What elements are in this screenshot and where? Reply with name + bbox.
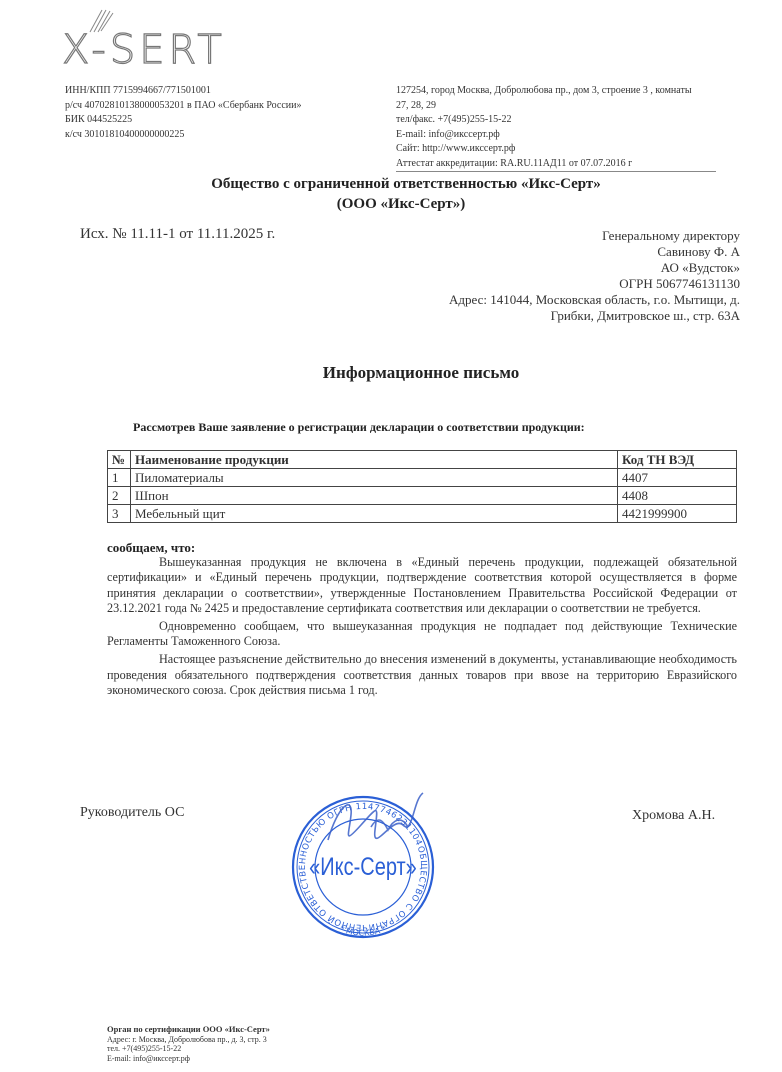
company-logo: X-SERT — [62, 8, 312, 68]
logo-text: X-SERT — [62, 30, 226, 70]
table-row: 1 Пиломатериалы 4407 — [108, 469, 737, 487]
header-divider — [396, 171, 716, 172]
body-paragraph: Одновременно сообщаем, что вышеуказанная… — [107, 619, 737, 649]
company-name: Общество с ограниченной ответственностью… — [0, 174, 782, 214]
email-line: E-mail: info@икссерт.рф — [396, 128, 726, 143]
bank-requisites: ИНН/КПП 7715994667/771501001 р/сч 407028… — [65, 84, 302, 142]
outgoing-reference: Исх. № 11.11-1 от 11.11.2025 г. — [80, 226, 275, 243]
cell-product-name: Мебельный щит — [131, 505, 618, 523]
footer-line: тел. +7(495)255-15-22 — [107, 1044, 270, 1054]
cell-code: 4408 — [618, 487, 737, 505]
body-paragraph: Вышеуказанная продукция не включена в «Е… — [107, 555, 737, 616]
addressee-line: Адрес: 141044, Московская область, г.о. … — [410, 292, 740, 308]
addressee-line: АО «Вудсток» — [410, 260, 740, 276]
accreditation-line: Аттестат аккредитации: RA.RU.11АД11 от 0… — [396, 157, 726, 172]
addressee-block: Генеральному директору Савинову Ф. А АО … — [410, 228, 740, 324]
document-title: Информационное письмо — [0, 363, 782, 383]
addressee-line: Грибки, Дмитровское ш., стр. 63А — [410, 308, 740, 324]
cell-number: 2 — [108, 487, 131, 505]
products-table: № Наименование продукции Код ТН ВЭД 1 Пи… — [107, 450, 737, 523]
address-line: 127254, город Москва, Добролюбова пр., д… — [396, 84, 726, 99]
contact-requisites: 127254, город Москва, Добролюбова пр., д… — [396, 84, 726, 171]
intro-text: Рассмотрев Ваше заявление о регистрации … — [133, 420, 585, 435]
company-full-name: Общество с ограниченной ответственностью… — [0, 174, 782, 194]
addressee-line: Савинову Ф. А — [410, 244, 740, 260]
requisite-line: ИНН/КПП 7715994667/771501001 — [65, 84, 302, 99]
requisite-line: БИК 044525225 — [65, 113, 302, 128]
cell-number: 1 — [108, 469, 131, 487]
cell-code: 4421999900 — [618, 505, 737, 523]
cell-product-name: Шпон — [131, 487, 618, 505]
stamp-center-text: «Икс-Серт» — [309, 853, 417, 881]
letter-body: сообщаем, что: Вышеуказанная продукция н… — [107, 540, 737, 701]
addressee-line: Генеральному директору — [410, 228, 740, 244]
col-number: № — [108, 451, 131, 469]
footer-line: E-mail: info@икссерт.рф — [107, 1054, 270, 1064]
company-stamp: ОБЩЕСТВО С ОГРАНИЧЕННОЙ ОТВЕТСТВЕННОСТЬЮ… — [283, 785, 443, 945]
company-short-name: (ООО «Икс-Серт») — [0, 194, 782, 214]
cell-product-name: Пиломатериалы — [131, 469, 618, 487]
cell-number: 3 — [108, 505, 131, 523]
requisite-line: р/сч 40702810138000053201 в ПАО «Сбербан… — [65, 99, 302, 114]
signatory-name: Хромова А.Н. — [632, 808, 715, 824]
table-header-row: № Наименование продукции Код ТН ВЭД — [108, 451, 737, 469]
footer-block: Орган по сертификации ООО «Икс-Серт» Адр… — [107, 1025, 270, 1063]
address-line: 27, 28, 29 — [396, 99, 726, 114]
phone-line: тел/факс. +7(495)255-15-22 — [396, 113, 726, 128]
addressee-line: ОГРН 5067746131130 — [410, 276, 740, 292]
footer-title: Орган по сертификации ООО «Икс-Серт» — [107, 1025, 270, 1035]
col-product-name: Наименование продукции — [131, 451, 618, 469]
website-line: Сайт: http://www.икссерт.рф — [396, 142, 726, 157]
table-row: 2 Шпон 4408 — [108, 487, 737, 505]
body-lead: сообщаем, что: — [107, 540, 737, 555]
body-paragraph: Настоящее разъяснение действительно до в… — [107, 652, 737, 698]
cell-code: 4407 — [618, 469, 737, 487]
table-row: 3 Мебельный щит 4421999900 — [108, 505, 737, 523]
signatory-role: Руководитель ОС — [80, 805, 184, 821]
col-tnved-code: Код ТН ВЭД — [618, 451, 737, 469]
footer-line: Адрес: г. Москва, Добролюбова пр., д. 3,… — [107, 1035, 270, 1045]
requisite-line: к/сч 30101810400000000225 — [65, 128, 302, 143]
